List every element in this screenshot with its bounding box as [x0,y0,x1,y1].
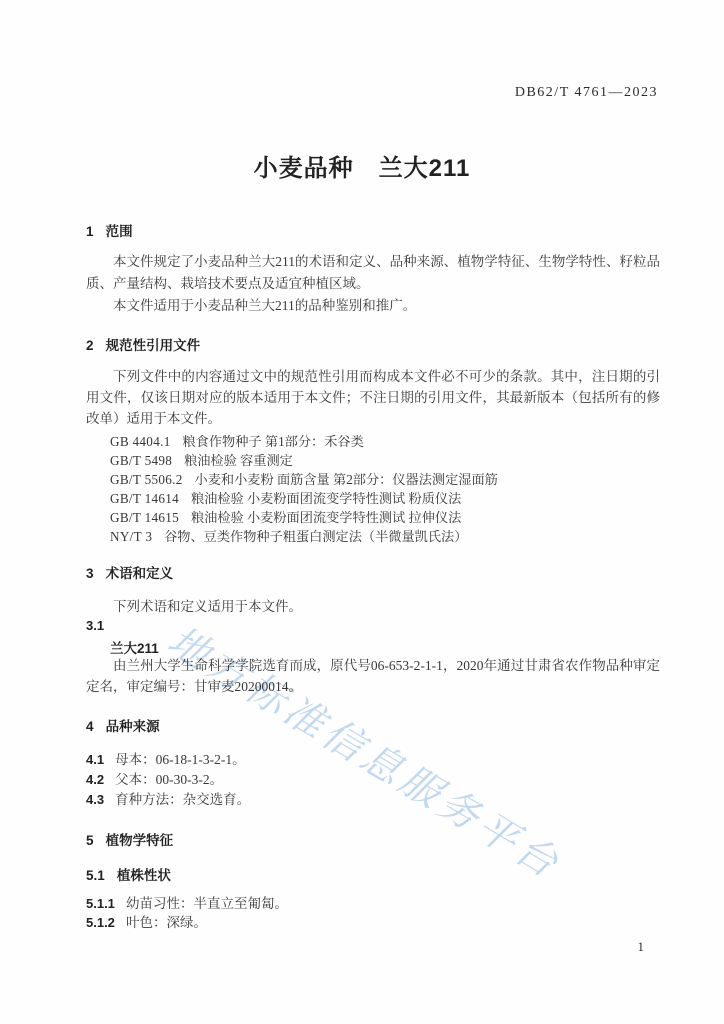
reference-code: NY/T 3 [110,529,152,544]
reference-item: NY/T 3谷物、豆类作物种子粗蛋白测定法（半微量凯氏法） [110,527,660,546]
term-definition-block: 由兰州大学生命科学学院选育而成，原代号06-653-2-1-1，2020年通过甘… [86,655,660,697]
clause-text: 幼苗习性：半直立至匍匐。 [126,896,288,911]
section-title: 植物学特征 [106,833,174,848]
section-title: 术语和定义 [106,566,174,581]
clause-number: 4.1 [86,752,104,767]
reference-title: 小麦和小麦粉 面筋含量 第2部分：仪器法测定湿面筋 [195,472,498,487]
reference-title: 粮油检验 小麦粉面团流变学特性测试 拉伸仪法 [191,510,461,525]
subsection-heading: 5.1植株性状 [86,864,660,884]
section-scope-heading-block: 1范围 [86,220,660,240]
section-source-heading-block: 4品种来源 [86,715,660,735]
clause: 5.1.2叶色：深绿。 [86,913,660,932]
section-number: 1 [86,224,94,239]
section-heading: 4品种来源 [86,715,660,735]
subsection-heading-block: 5.1植株性状 [86,864,660,884]
document-title: 小麦品种 兰大211 [0,148,724,183]
section-scope-body: 本文件规定了小麦品种兰大211的术语和定义、品种来源、植物学特征、生物学特性、籽… [86,251,660,317]
clause: 4.3育种方法：杂交选育。 [86,790,660,810]
section-terms-heading-block: 3术语和定义 [86,562,660,582]
clause-number: 5.1.1 [86,896,115,911]
botany-clauses: 5.1.1幼苗习性：半直立至匍匐。 5.1.2叶色：深绿。 [86,894,660,932]
reference-code: GB/T 5506.2 [110,472,183,487]
page-number: 1 [638,939,645,955]
reference-code: GB/T 14614 [110,491,179,506]
reference-title: 谷物、豆类作物种子粗蛋白测定法（半微量凯氏法） [164,529,467,544]
clause-text: 叶色：深绿。 [126,915,207,930]
standard-code: DB62/T 4761—2023 [515,85,658,101]
clause: 4.1母本：06-18-1-3-2-1。 [86,750,660,770]
scope-paragraph-1: 本文件规定了小麦品种兰大211的术语和定义、品种来源、植物学特征、生物学特性、籽… [86,251,660,295]
clause-number: 5.1.2 [86,915,115,930]
section-references-heading-block: 2规范性引用文件 [86,334,660,354]
section-number: 2 [86,338,94,353]
clause-number: 4.3 [86,792,104,807]
reference-code: GB/T 5498 [110,453,172,468]
scope-paragraph-2: 本文件适用于小麦品种兰大211的品种鉴别和推广。 [86,295,660,317]
term-number-block: 3.1 [86,618,660,633]
section-heading: 2规范性引用文件 [86,334,660,354]
reference-item: GB 4404.1粮食作物种子 第1部分：禾谷类 [110,432,660,451]
reference-code: GB/T 14615 [110,510,179,525]
section-botany-heading-block: 5植物学特征 [86,829,660,849]
references-intro-block: 下列文件中的内容通过文中的规范性引用而构成本文件必不可少的条款。其中，注日期的引… [86,366,660,429]
section-number: 3 [86,566,94,581]
reference-code: GB 4404.1 [110,434,171,449]
reference-item: GB/T 14614粮油检验 小麦粉面团流变学特性测试 粉质仪法 [110,489,660,508]
clause-number: 4.2 [86,772,104,787]
term-number: 3.1 [86,618,660,633]
section-title: 品种来源 [106,719,160,734]
section-number: 4 [86,719,94,734]
terms-intro-block: 下列术语和定义适用于本文件。 [86,596,660,617]
subsection-title: 植株性状 [117,868,171,883]
clause-text: 父本：00-30-3-2。 [115,772,223,787]
references-intro: 下列文件中的内容通过文中的规范性引用而构成本文件必不可少的条款。其中，注日期的引… [86,366,660,429]
terms-intro: 下列术语和定义适用于本文件。 [86,596,660,617]
section-heading: 3术语和定义 [86,562,660,582]
references-list: GB 4404.1粮食作物种子 第1部分：禾谷类 GB/T 5498粮油检验 容… [86,432,660,546]
clause: 4.2父本：00-30-3-2。 [86,770,660,790]
source-clauses: 4.1母本：06-18-1-3-2-1。 4.2父本：00-30-3-2。 4.… [86,750,660,810]
section-heading: 1范围 [86,220,660,240]
term-definition: 由兰州大学生命科学学院选育而成，原代号06-653-2-1-1，2020年通过甘… [86,655,660,697]
reference-item: GB/T 14615粮油检验 小麦粉面团流变学特性测试 拉伸仪法 [110,508,660,527]
reference-item: GB/T 5498粮油检验 容重测定 [110,451,660,470]
reference-title: 粮油检验 小麦粉面团流变学特性测试 粉质仪法 [191,491,461,506]
clause-text: 母本：06-18-1-3-2-1。 [115,752,245,767]
reference-item: GB/T 5506.2小麦和小麦粉 面筋含量 第2部分：仪器法测定湿面筋 [110,470,660,489]
section-heading: 5植物学特征 [86,829,660,849]
section-title: 规范性引用文件 [106,338,201,353]
reference-title: 粮食作物种子 第1部分：禾谷类 [182,434,363,449]
term-name: 兰大211 [86,637,660,657]
clause-text: 育种方法：杂交选育。 [115,792,250,807]
term-name-block: 兰大211 [86,637,660,657]
subsection-number: 5.1 [86,868,105,883]
section-number: 5 [86,833,94,848]
clause: 5.1.1幼苗习性：半直立至匍匐。 [86,894,660,913]
section-title: 范围 [106,224,133,239]
reference-title: 粮油检验 容重测定 [184,453,293,468]
